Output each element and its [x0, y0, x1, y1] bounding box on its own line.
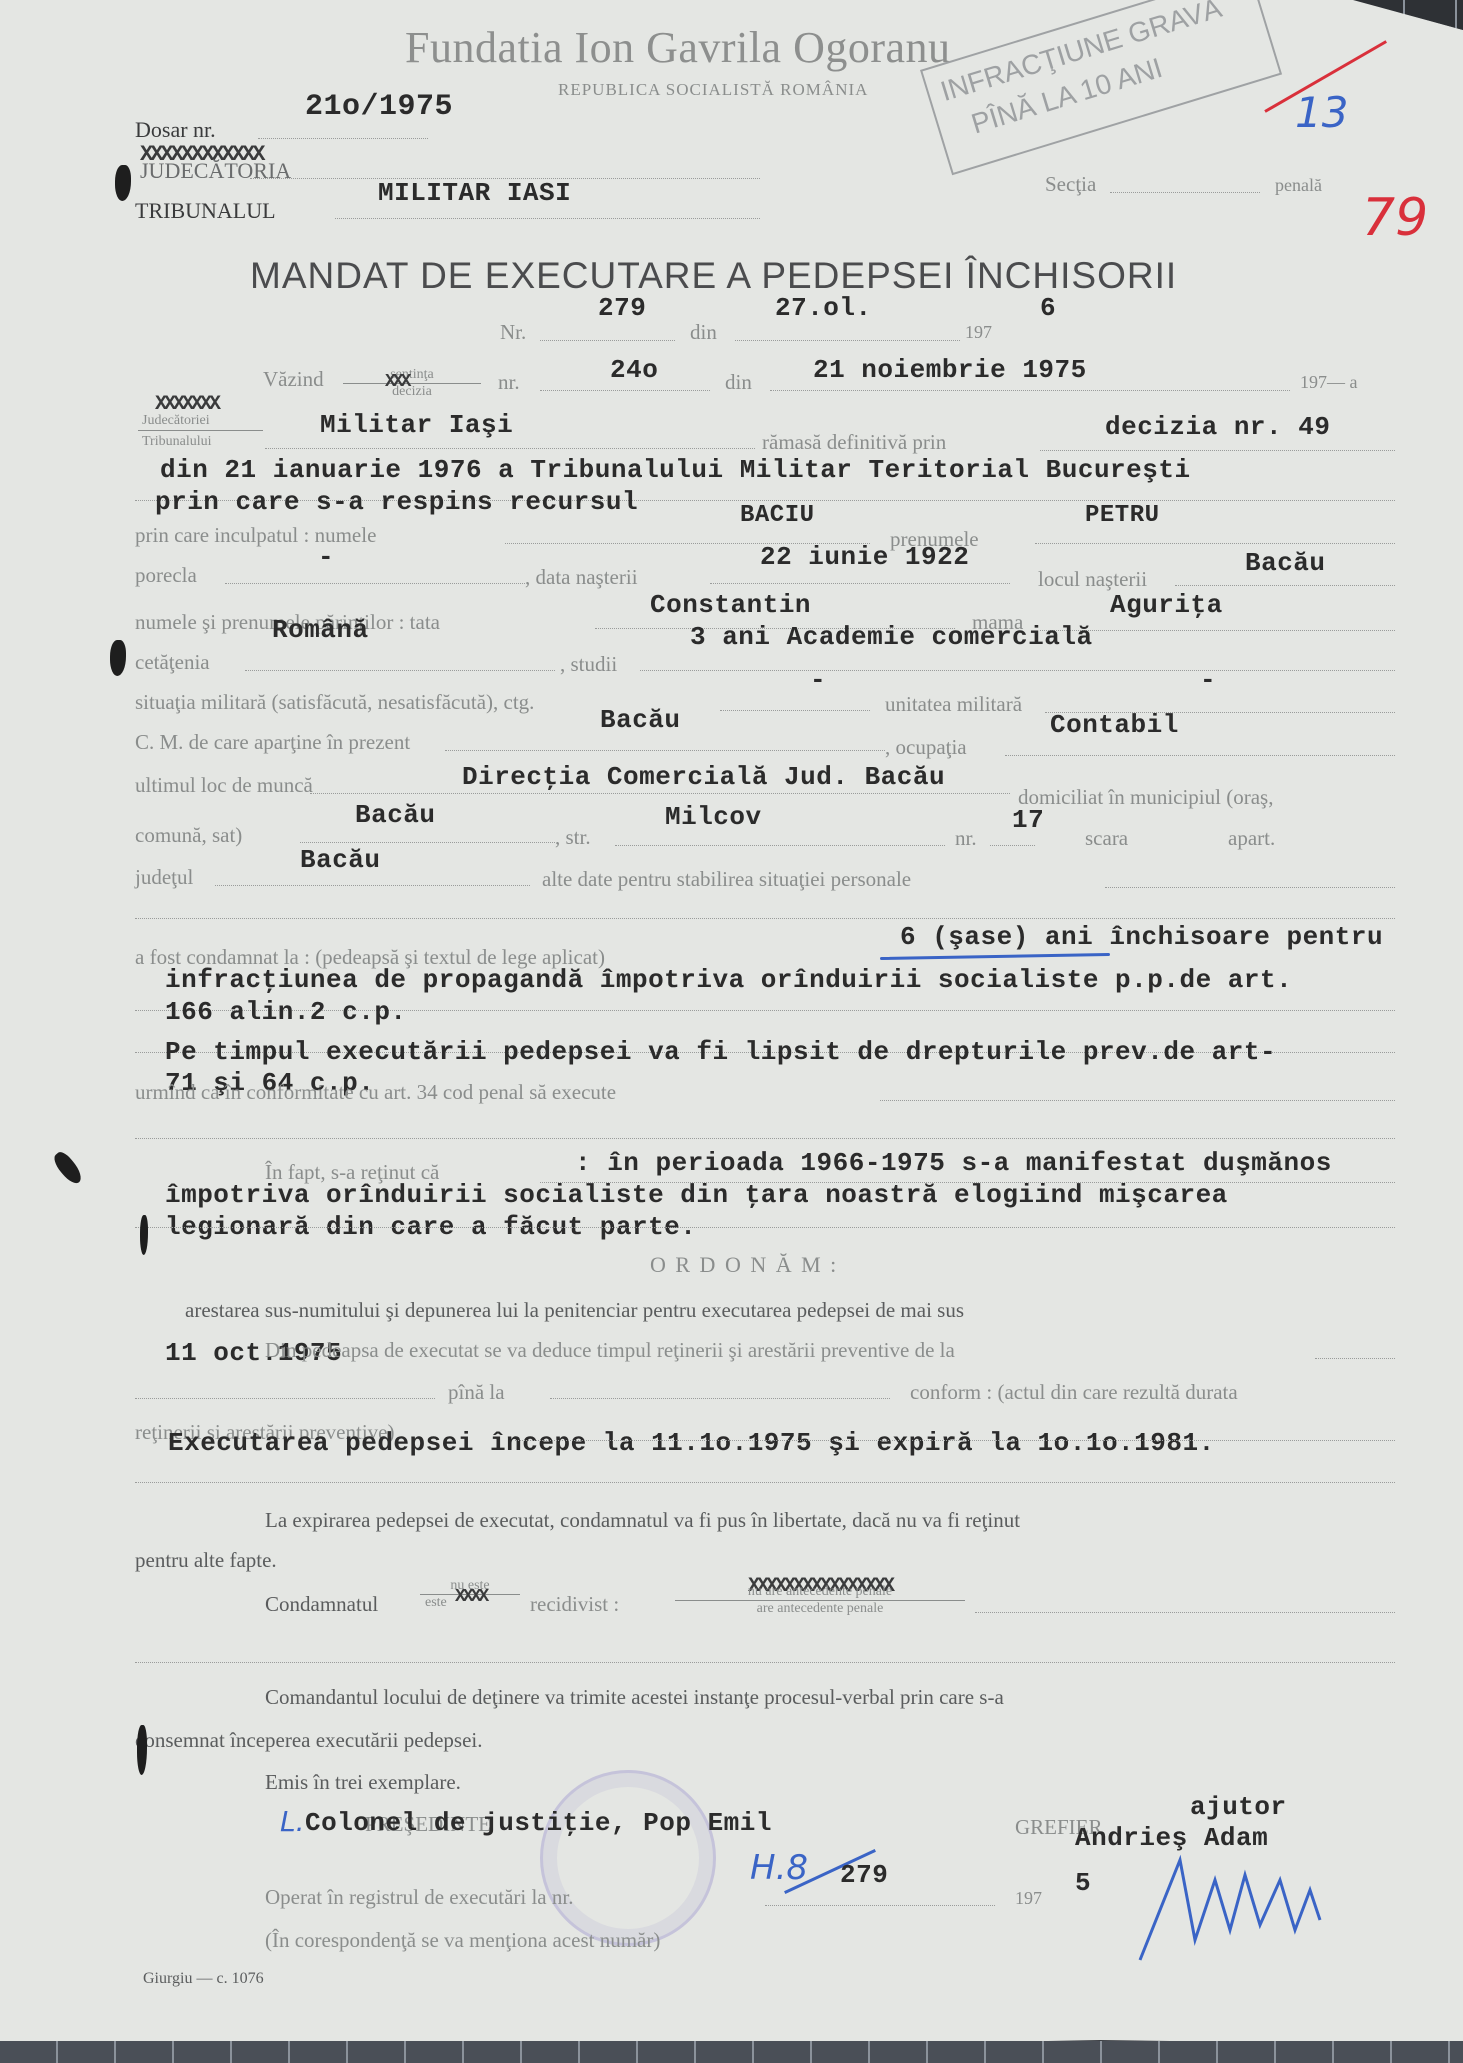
- facts-line-2: împotriva orînduirii socialiste din ţara…: [165, 1180, 1228, 1210]
- nr-label: Nr.: [500, 320, 526, 345]
- arrest-text: arestarea sus-numitului şi depunerea lui…: [185, 1298, 964, 1323]
- birth-date-value: 22 iunie 1922: [760, 542, 969, 572]
- sectia-label: Secţia: [1045, 172, 1096, 197]
- street-number-value: 17: [1012, 805, 1044, 835]
- deduct-text: Din pedeapsa de executat se va deduce ti…: [265, 1338, 955, 1363]
- mandate-number: 279: [598, 293, 646, 323]
- scara-label: scara: [1085, 826, 1128, 851]
- vazind-din-label: din: [725, 370, 752, 395]
- republic-heading: REPUBLICA SOCIALISTĂ ROMÂNIA: [558, 80, 868, 100]
- register-year-prefix: 197: [1015, 1888, 1042, 1909]
- domicile-label: domiciliat în municipiul (oraş,: [1018, 785, 1273, 810]
- document-title: MANDAT DE EXECUTARE A PEDEPSEI ÎNCHISORI…: [250, 255, 1177, 297]
- occupation-label: , ocupaţia: [885, 735, 967, 760]
- military-status-label: situaţia militară (satisfăcută, nesatisf…: [135, 690, 534, 715]
- mandate-date: 27.ol.: [775, 293, 872, 323]
- citizenship-value: Română: [272, 615, 369, 645]
- nr-label-address: nr.: [955, 826, 977, 851]
- nickname-value: -: [318, 542, 334, 572]
- convict-label: Condamnatul: [265, 1592, 378, 1617]
- other-data-label: alte date pentru stabilirea situaţiei pe…: [542, 867, 911, 892]
- locality-value: Bacău: [355, 800, 436, 830]
- court-name: MILITAR IASI: [378, 178, 571, 208]
- surname-label: prin care inculpatul : numele: [135, 523, 376, 548]
- commander-text: Comandantul locului de deţinere va trimi…: [265, 1685, 1004, 1710]
- conform-label: conform : (actul din care rezultă durata: [910, 1380, 1238, 1405]
- background-tiles-bottom: [0, 2041, 1463, 2063]
- court-line-value: Militar Iaşi: [320, 410, 513, 440]
- sentence-number: 24o: [610, 355, 658, 385]
- vazind-nr-label: nr.: [498, 370, 520, 395]
- punch-hole: [50, 1149, 85, 1187]
- vazind-year: 197— a: [1300, 372, 1358, 393]
- correspondence-note: (În corespondenţă se va menţiona acest n…: [265, 1928, 660, 1953]
- citizenship-label: cetăţenia: [135, 650, 210, 675]
- clerk-signature: [1120, 1820, 1360, 1970]
- court-line-3: prin care s-a respins recursul: [155, 487, 638, 517]
- military-status-value: -: [810, 665, 826, 695]
- register-label: Operat în registrul de executări la nr.: [265, 1885, 573, 1910]
- county-value: Bacău: [300, 845, 381, 875]
- studies-label: , studii: [560, 652, 617, 677]
- issued-text: Emis în trei exemplare.: [265, 1770, 461, 1795]
- punch-hole: [140, 1215, 148, 1255]
- pina-la-label: pînă la: [448, 1380, 505, 1405]
- tribunalul-label: TRIBUNALUL: [135, 198, 276, 224]
- official-round-stamp: [540, 1770, 716, 1946]
- vazind-label: Văzind: [263, 367, 324, 392]
- commune-label: comună, sat): [135, 823, 242, 848]
- military-unit-value: -: [1200, 665, 1216, 695]
- birth-place-label: locul naşterii: [1038, 567, 1147, 592]
- street-value: Milcov: [665, 802, 762, 832]
- cm-value: Bacău: [600, 705, 681, 735]
- sentence-date: 21 noiembrie 1975: [813, 355, 1087, 385]
- penala-label: penală: [1275, 175, 1322, 196]
- printer-imprint: Giurgiu — c. 1076: [143, 1970, 264, 1988]
- father-value: Constantin: [650, 590, 811, 620]
- commander-text-2: consemnat începerea executării pedepsei.: [135, 1728, 482, 1753]
- execution-period: Executarea pedepsei începe la 11.1o.1975…: [168, 1428, 1215, 1458]
- year-prefix: 197: [965, 322, 992, 343]
- military-unit-label: unitatea militară: [885, 692, 1022, 717]
- punch-hole: [110, 640, 126, 676]
- sentinta-decizia-fraction: sentinţa XXX decizia: [337, 367, 487, 400]
- register-year-suffix: 5: [1075, 1868, 1091, 1898]
- street-label: , str.: [555, 825, 591, 850]
- last-workplace-value: Direcţia Comercială Jud. Bacău: [462, 762, 945, 792]
- register-number: 279: [840, 1860, 888, 1890]
- first-name-value: PETRU: [1085, 502, 1160, 529]
- clerk-prefix: ajutor: [1190, 1792, 1287, 1822]
- register-handwritten-mark: H.8: [750, 1848, 808, 1888]
- blue-underline: [880, 953, 1110, 960]
- apart-label: apart.: [1228, 826, 1275, 851]
- recidivist-label: recidivist :: [530, 1592, 619, 1617]
- handwritten-number-blue: 13: [1295, 88, 1348, 137]
- last-workplace-label: ultimul loc de muncă: [135, 773, 313, 798]
- order-heading: O R D O N Ă M :: [650, 1252, 838, 1278]
- president-value: Colonel de justiţie, Pop Emil: [305, 1808, 772, 1838]
- release-text: La expirarea pedepsei de executat, conda…: [265, 1508, 1020, 1533]
- dosar-number: 21o/1975: [305, 90, 453, 124]
- tribunalului-label: Tribunalului: [142, 434, 212, 450]
- county-label: judeţul: [135, 865, 193, 890]
- mandate-year-suffix: 6: [1040, 293, 1056, 323]
- birth-place-value: Bacău: [1245, 548, 1326, 578]
- judecatoria-label: JUDECĂTORIA: [140, 158, 291, 184]
- watermark: Fundatia Ion Gavrila Ogoranu: [405, 22, 951, 73]
- ramasa-label: rămasă definitivă prin: [762, 430, 946, 455]
- urmind-label: urmînd ca în conformitate cu art. 34 cod…: [135, 1080, 616, 1105]
- grave-offence-stamp: INFRACŢIUNE GRAVĂ PÎNĂ LA 10 ANI: [920, 0, 1282, 175]
- release-text-2: pentru alte fapte.: [135, 1548, 277, 1573]
- studies-value: 3 ani Academie comercială: [690, 622, 1093, 652]
- dosar-label: Dosar nr.: [135, 117, 216, 143]
- punch-hole: [137, 1725, 147, 1775]
- din-label: din: [690, 320, 717, 345]
- punch-hole: [115, 165, 131, 201]
- judecatoriei-label: Judecătoriei: [142, 413, 210, 429]
- antecedents-fraction: XXXXXXXXXXXXXXXX nu are antecedente pena…: [675, 1575, 965, 1617]
- occupation-value: Contabil: [1050, 710, 1179, 740]
- cm-label: C. M. de care aparţine în prezent: [135, 730, 410, 755]
- sentence-line-2: infracţiunea de propagandă împotriva orî…: [165, 965, 1292, 995]
- court-line-2: din 21 ianuarie 1976 a Tribunalului Mili…: [160, 455, 1191, 485]
- facts-line-1: : în perioada 1966-1975 s-a manifestat d…: [575, 1148, 1332, 1178]
- president-handwritten-mark: L.: [280, 1805, 305, 1838]
- sentence-line-1: 6 (şase) ani închisoare pentru: [900, 922, 1383, 952]
- document-page: Fundatia Ion Gavrila Ogoranu REPUBLICA S…: [0, 0, 1463, 2045]
- sentence-line-3: 166 alin.2 c.p.: [165, 997, 407, 1027]
- ramasa-value: decizia nr. 49: [1105, 412, 1330, 442]
- surname-value: BACIU: [740, 502, 815, 529]
- mother-value: Aguriţa: [1110, 590, 1223, 620]
- birth-date-label: , data naşterii: [525, 565, 638, 590]
- nickname-label: porecla: [135, 563, 197, 588]
- sentence-line-4: Pe timpul executării pedepsei va fi lips…: [165, 1037, 1276, 1067]
- recidivist-fraction: nu este XXXX este: [420, 1578, 520, 1611]
- handwritten-number-red: 79: [1362, 188, 1428, 248]
